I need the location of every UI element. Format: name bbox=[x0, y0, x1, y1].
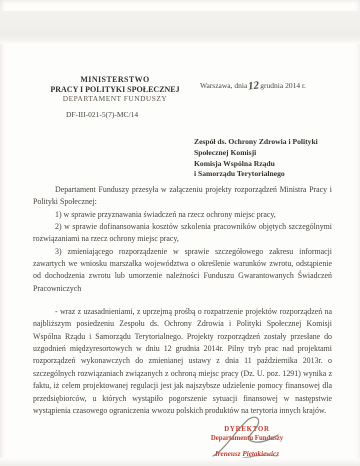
reference-number: DF-III-021-5(7)-MC/14 bbox=[66, 110, 138, 119]
sender-block: MINISTERSTWO PRACY I POLITYKI SPOŁECZNEJ… bbox=[34, 75, 196, 104]
date-prefix: Warszawa, dnia bbox=[200, 81, 247, 90]
scanned-letter-page: MINISTERSTWO PRACY I POLITYKI SPOŁECZNEJ… bbox=[0, 0, 360, 466]
recipient-block: Zespół ds. Ochrony Zdrowia i Polityki Sp… bbox=[194, 137, 318, 180]
body-list-item-1: 1) w sprawie przyznawania świadczeń na r… bbox=[33, 209, 332, 221]
signature-department: Departamentu Funduszy bbox=[193, 435, 301, 443]
date-line: Warszawa, dnia12grudnia 2014 r. bbox=[200, 79, 306, 91]
recipient-line1: Zespół ds. Ochrony Zdrowia i Polityki bbox=[194, 137, 318, 148]
ministry-name-line2: PRACY I POLITYKI SPOŁECZNEJ bbox=[34, 85, 196, 95]
signature-block: DYREKTOR Departamentu Funduszy Ireneusz … bbox=[193, 426, 301, 458]
recipient-line4: i Samorządu Terytorialnego bbox=[194, 169, 318, 180]
body-closing-paragraph: - wraz z uzasadnieniami, z uprzejmą proś… bbox=[33, 306, 332, 417]
scan-shadow-band-top bbox=[0, 11, 360, 44]
body-list-item-3: 3) zmieniającego rozporządzenie w sprawi… bbox=[33, 246, 332, 295]
signatory-name: Ireneusz Piętakiewicz bbox=[193, 450, 301, 458]
signature-title: DYREKTOR bbox=[193, 426, 301, 434]
letter-body: Departament Funduszy przesyła w załączen… bbox=[33, 184, 332, 417]
date-suffix: grudnia 2014 r. bbox=[260, 81, 306, 90]
recipient-line3: Komisja Wspólna Rządu bbox=[194, 159, 318, 170]
body-intro-paragraph: Departament Funduszy przesyła w załączen… bbox=[33, 184, 332, 209]
department-name: DEPARTAMENT FUNDUSZY bbox=[34, 94, 196, 104]
handwritten-day: 12 bbox=[248, 79, 260, 92]
body-list-item-2: 2) w sprawie dofinansowania kosztów szko… bbox=[33, 221, 332, 246]
ministry-name-line1: MINISTERSTWO bbox=[34, 75, 196, 85]
scan-shadow-band-bottom bbox=[0, 458, 360, 466]
recipient-line2: Społecznej Komisji bbox=[194, 148, 318, 159]
